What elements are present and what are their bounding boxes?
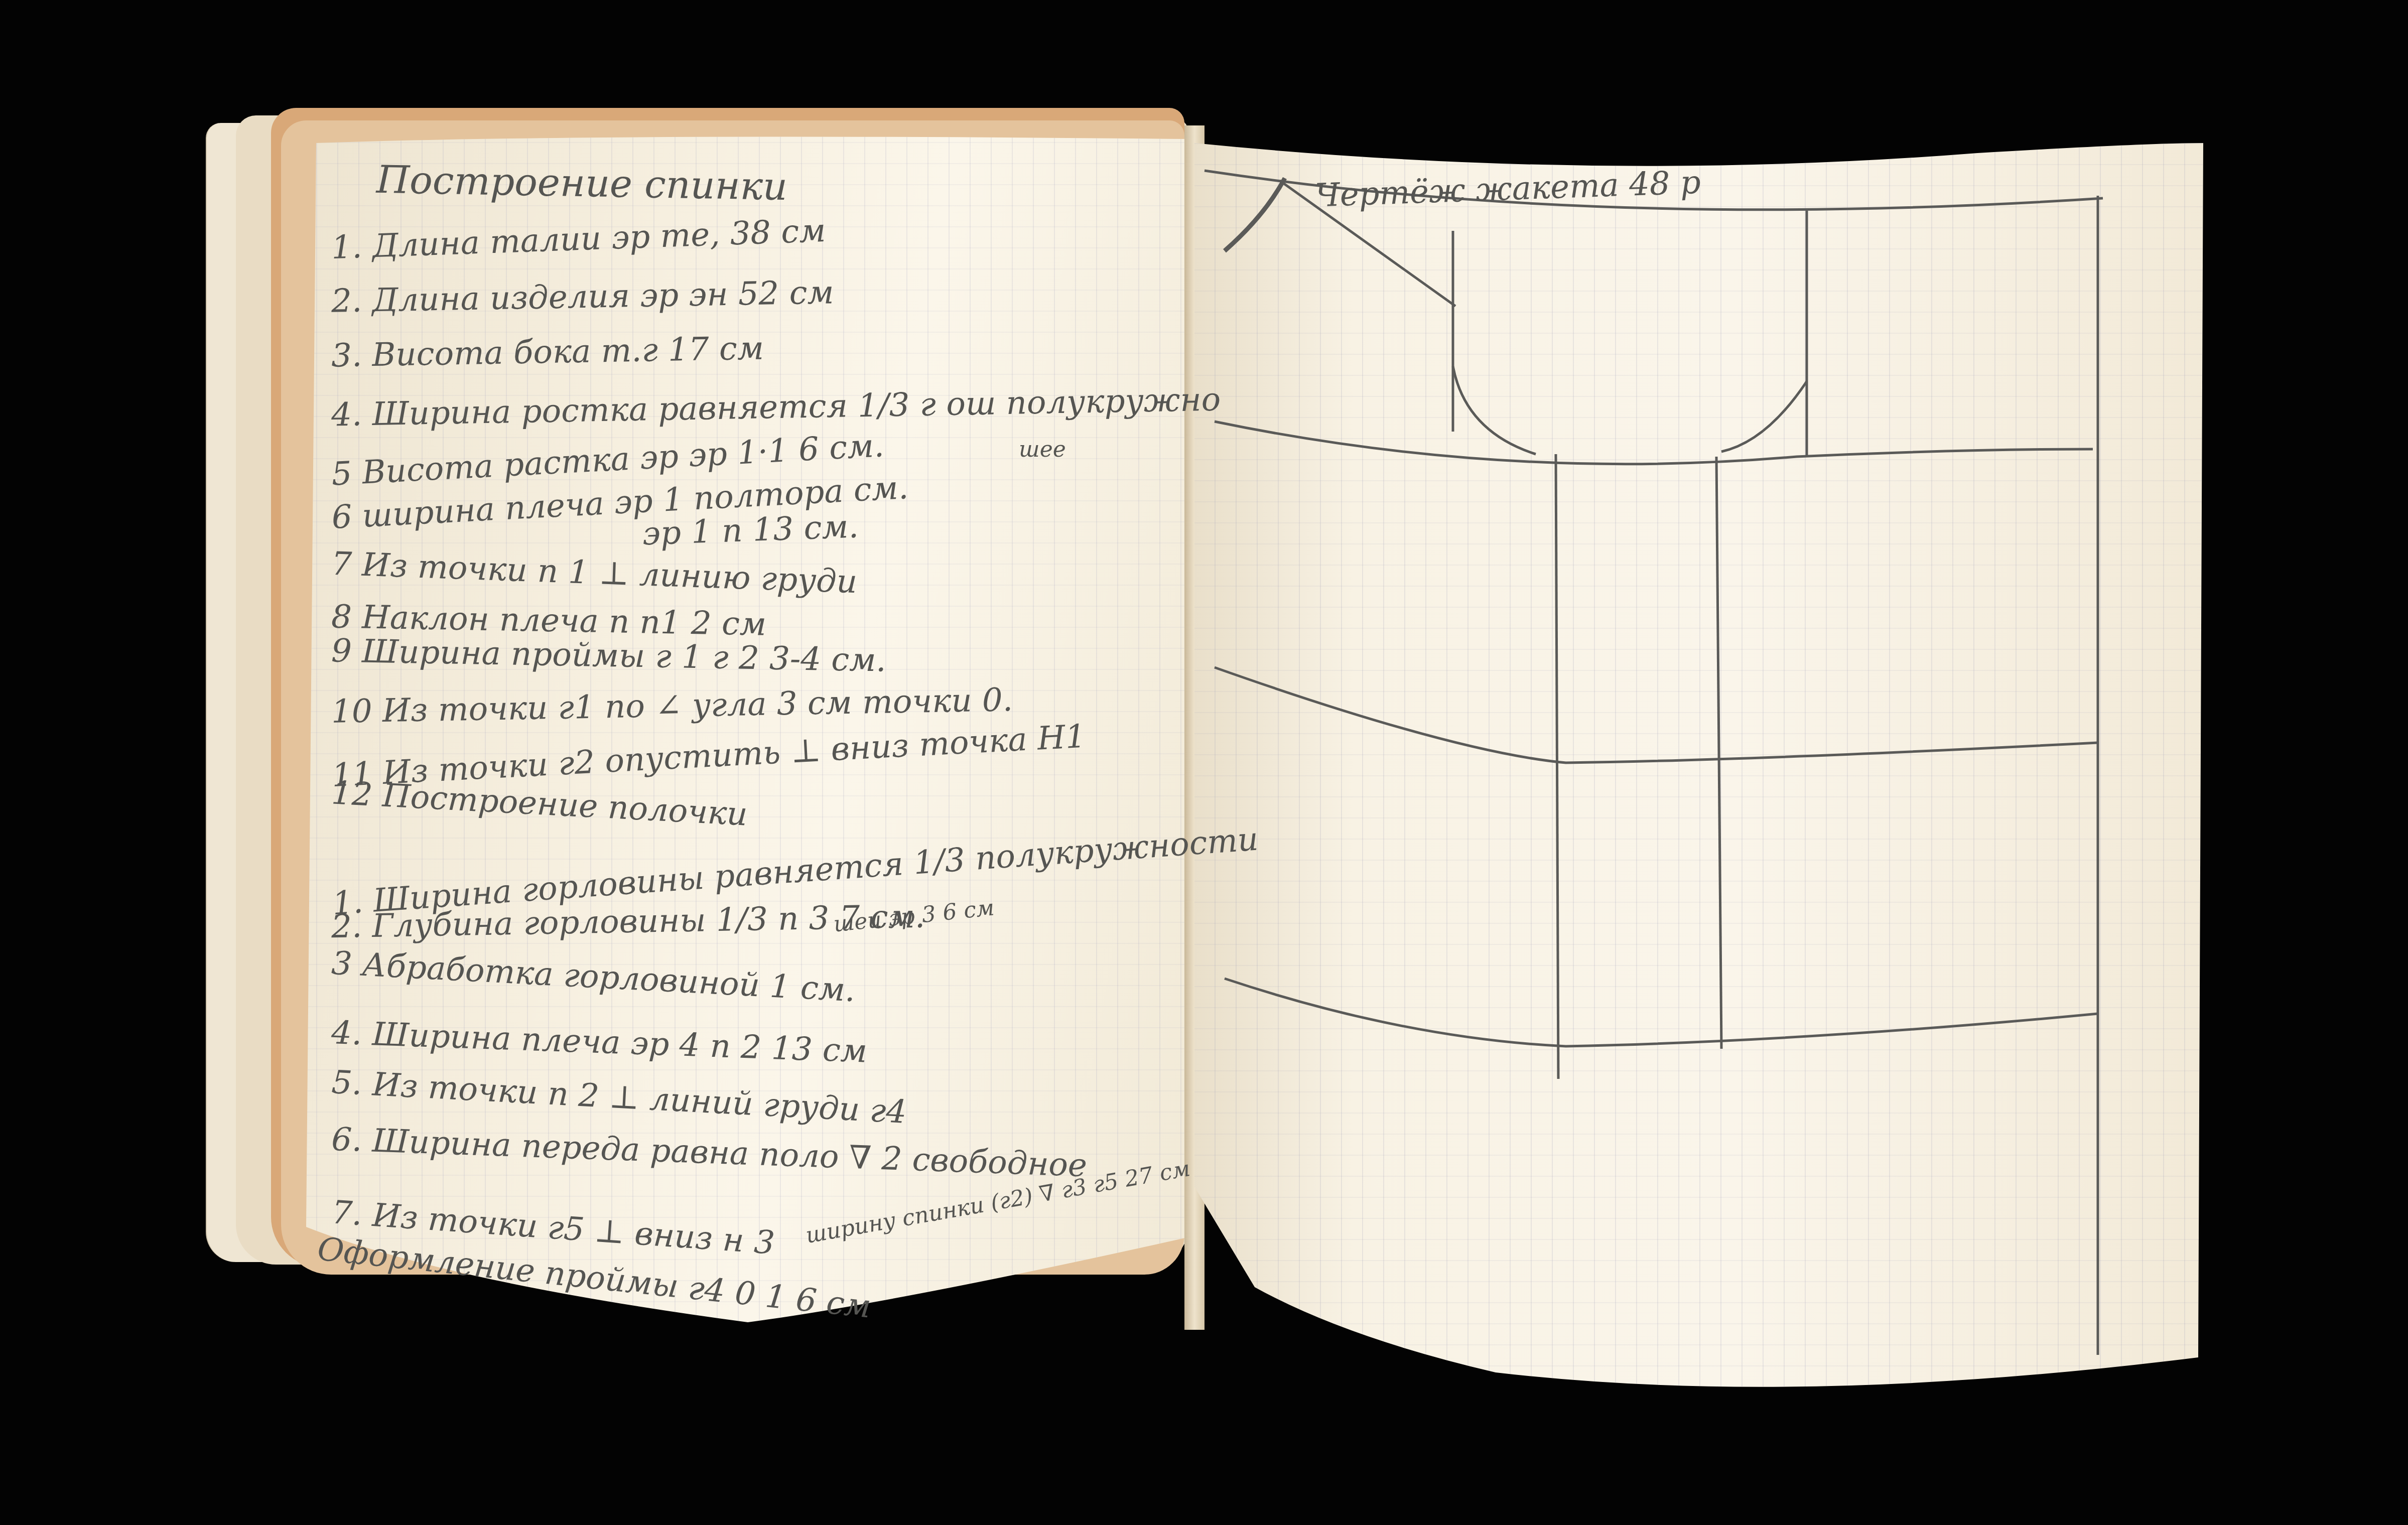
superscript-annotation: шее xyxy=(1019,437,1066,462)
step-line: эр 1 п 13 см. xyxy=(642,508,859,553)
right-page xyxy=(1194,133,2263,1408)
step-line: 3. Висота бока т.г 17 см xyxy=(331,330,764,374)
page-title: Построение спинки xyxy=(376,157,787,209)
